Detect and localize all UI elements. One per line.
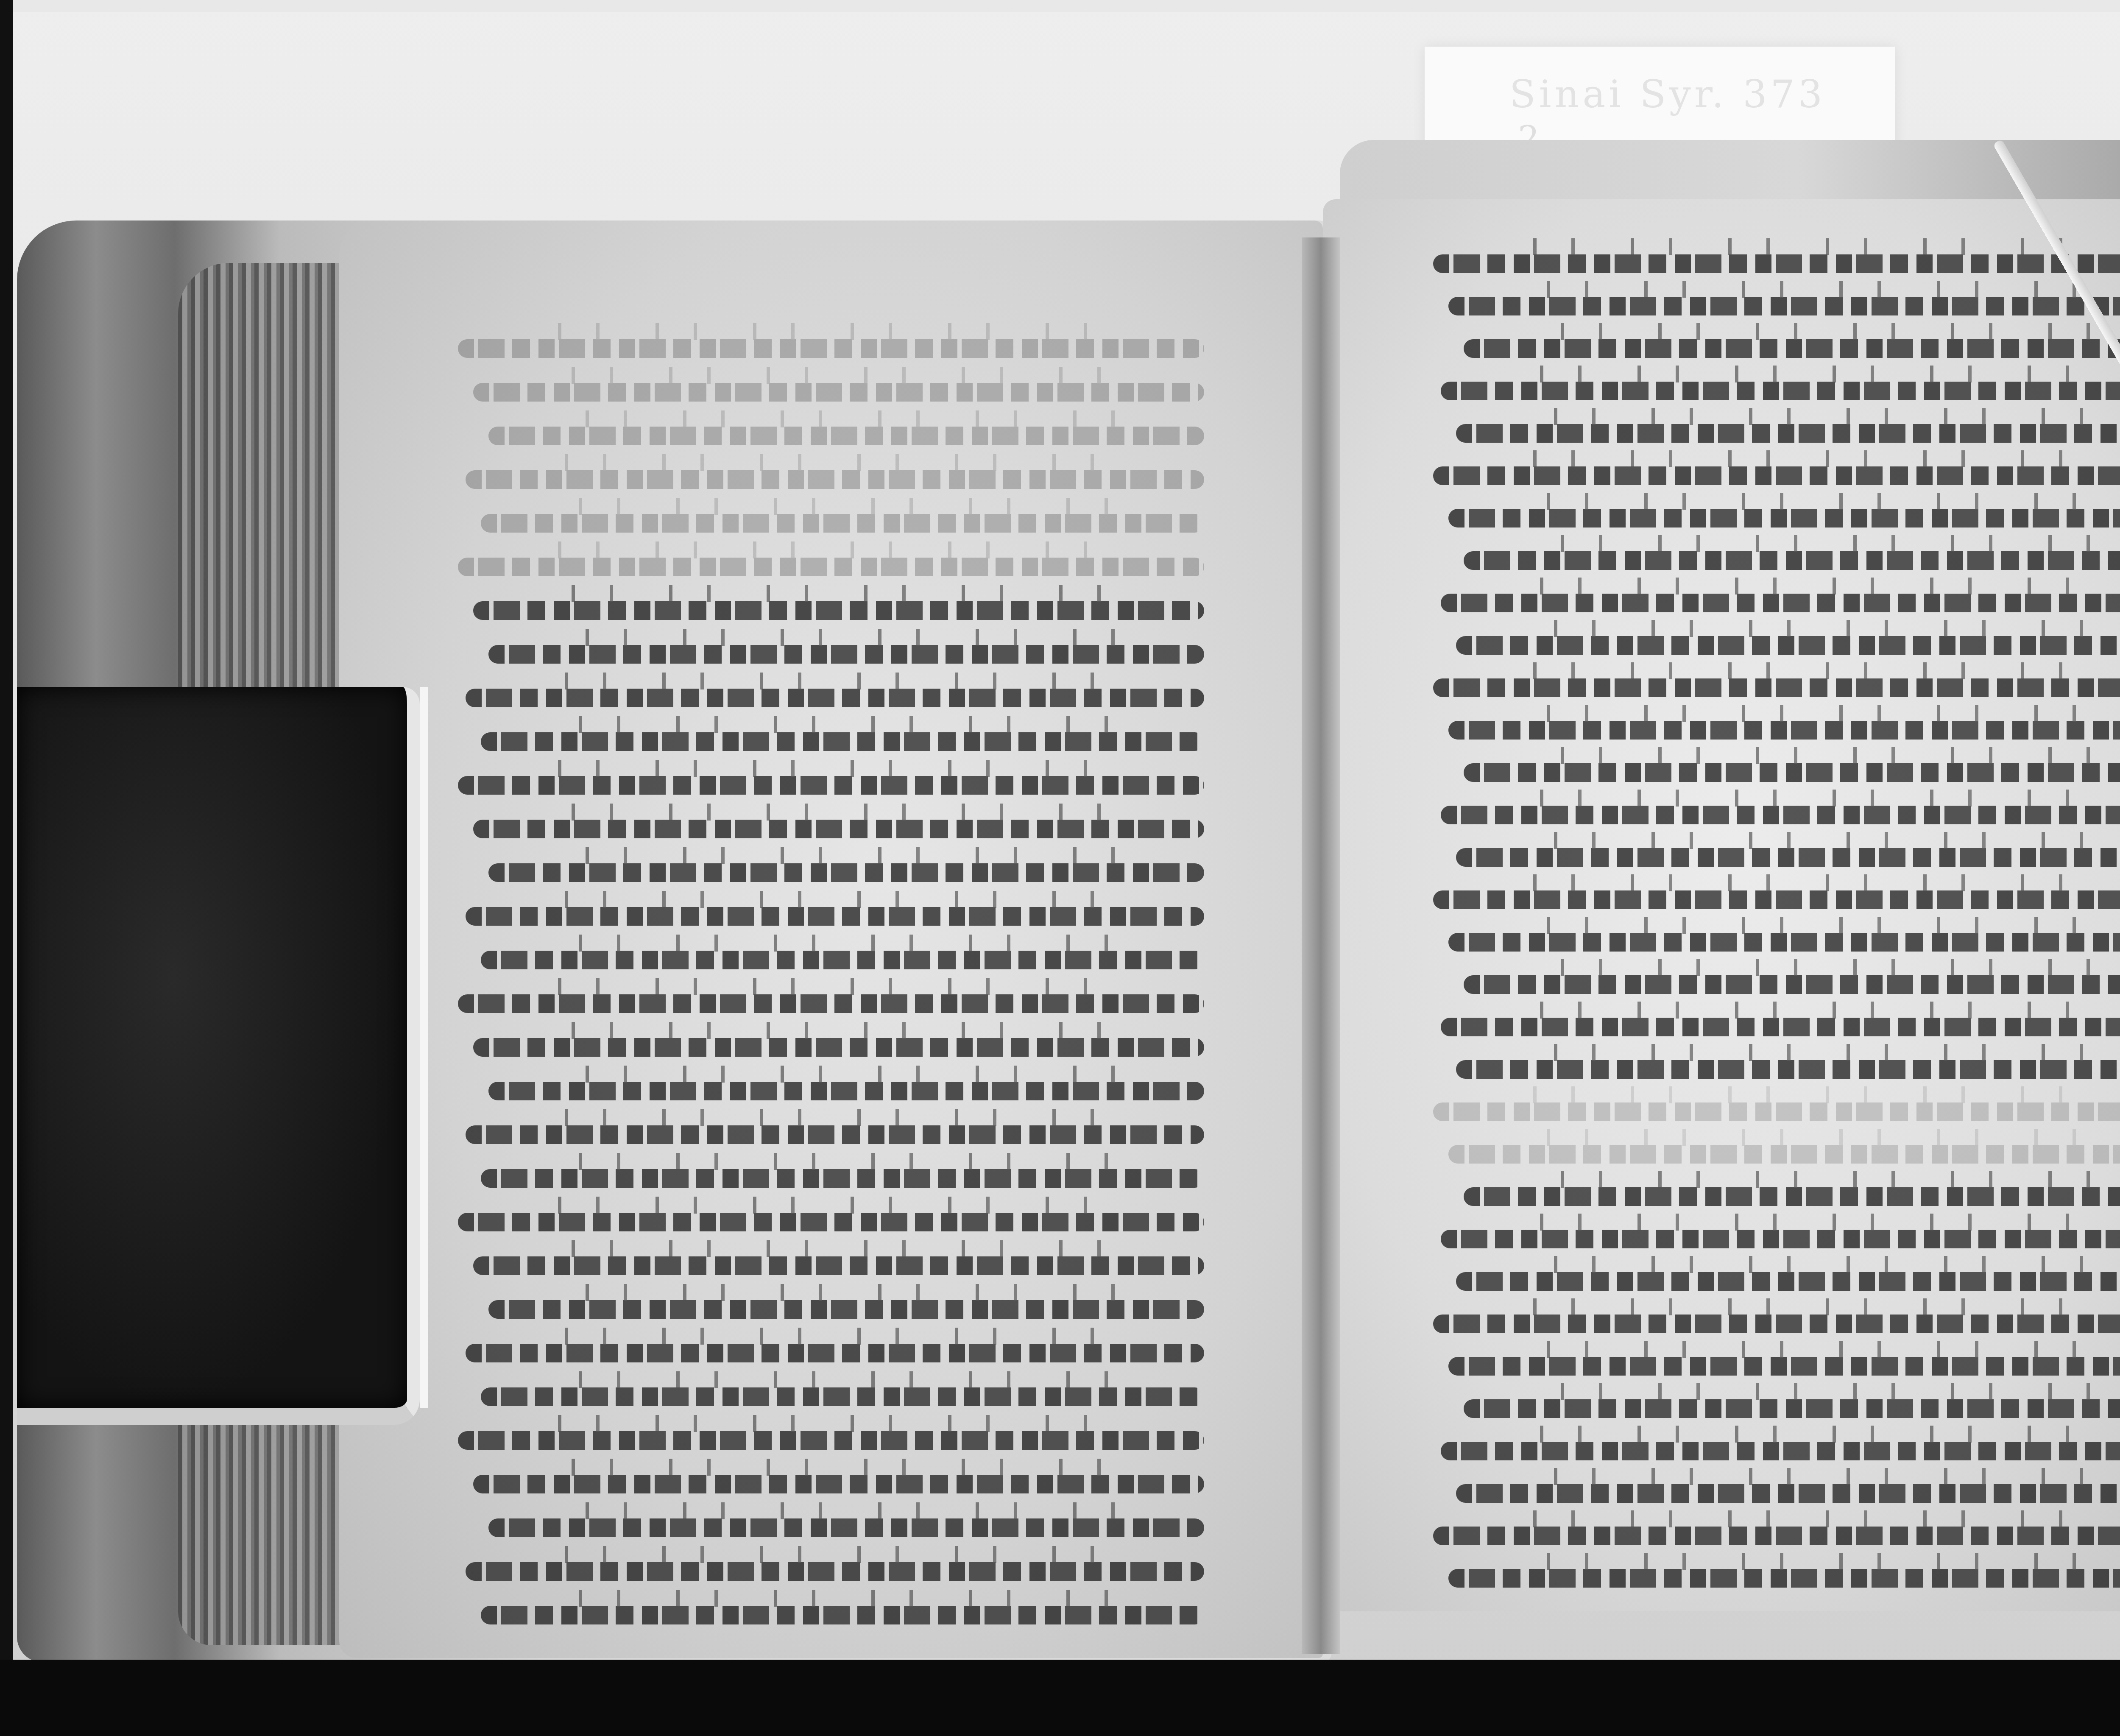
- text-line: [466, 689, 1204, 707]
- text-line: [466, 470, 1204, 489]
- text-line: [466, 1562, 1204, 1581]
- text-line: [1464, 339, 2120, 358]
- text-line: [1456, 1060, 2120, 1079]
- text-line: [1464, 975, 2120, 994]
- text-line: [1441, 594, 2120, 612]
- text-line: [1441, 1230, 2120, 1248]
- text-line: [1448, 1145, 2120, 1164]
- text-line: [1448, 509, 2120, 527]
- text-line: [458, 994, 1204, 1013]
- text-line: [1464, 551, 2120, 570]
- text-line: [466, 1125, 1204, 1144]
- text-line: [488, 645, 1204, 664]
- text-line: [488, 1300, 1204, 1319]
- text-line: [481, 1387, 1204, 1406]
- text-line: [1456, 636, 2120, 655]
- text-line: [458, 558, 1204, 576]
- text-line: [488, 427, 1204, 445]
- text-line: [473, 383, 1204, 402]
- text-line: [488, 1082, 1204, 1100]
- text-line: [1448, 1569, 2120, 1588]
- shelfmark-text: Sinai Syr. 373: [1509, 72, 1826, 117]
- text-line: [1433, 1527, 2120, 1545]
- text-line: [1464, 1399, 2120, 1418]
- text-line: [466, 907, 1204, 926]
- text-line: [1441, 1018, 2120, 1036]
- text-line: [458, 339, 1204, 358]
- text-line: [481, 1606, 1204, 1624]
- text-line: [1448, 933, 2120, 952]
- text-line: [1456, 1272, 2120, 1291]
- text-line: [1433, 678, 2120, 697]
- text-line: [473, 820, 1204, 838]
- text-line: [481, 951, 1204, 969]
- text-line: [473, 1475, 1204, 1493]
- text-line: [473, 601, 1204, 620]
- text-line: [481, 1169, 1204, 1188]
- text-line: [473, 1038, 1204, 1057]
- bottom-black-bar: [0, 1660, 2120, 1736]
- text-line: [1456, 424, 2120, 443]
- text-line: [1433, 1315, 2120, 1333]
- text-line: [458, 1431, 1204, 1450]
- text-line: [1441, 806, 2120, 824]
- text-line: [458, 776, 1204, 795]
- text-line: [1441, 1442, 2120, 1460]
- text-line: [1456, 1484, 2120, 1503]
- frame-top: [0, 0, 2120, 12]
- text-line: [473, 1256, 1204, 1275]
- text-line: [488, 863, 1204, 882]
- text-line: [1464, 1187, 2120, 1206]
- text-line: [481, 514, 1204, 533]
- text-line: [1433, 890, 2120, 909]
- text-line: [1448, 1357, 2120, 1376]
- text-line: [1448, 297, 2120, 315]
- text-line: [1433, 254, 2120, 273]
- text-line: [1464, 763, 2120, 782]
- text-line: [481, 732, 1204, 751]
- film-edge-left: [0, 0, 13, 1736]
- text-line: [1448, 721, 2120, 740]
- text-line: [1456, 848, 2120, 867]
- text-line: [488, 1518, 1204, 1537]
- book-gutter: [1302, 237, 1340, 1654]
- text-line: [458, 1213, 1204, 1231]
- leather-bound-book: [17, 687, 420, 1425]
- text-line: [1441, 382, 2120, 400]
- text-line: [1433, 1102, 2120, 1121]
- text-line: [1433, 466, 2120, 485]
- text-line: [466, 1344, 1204, 1362]
